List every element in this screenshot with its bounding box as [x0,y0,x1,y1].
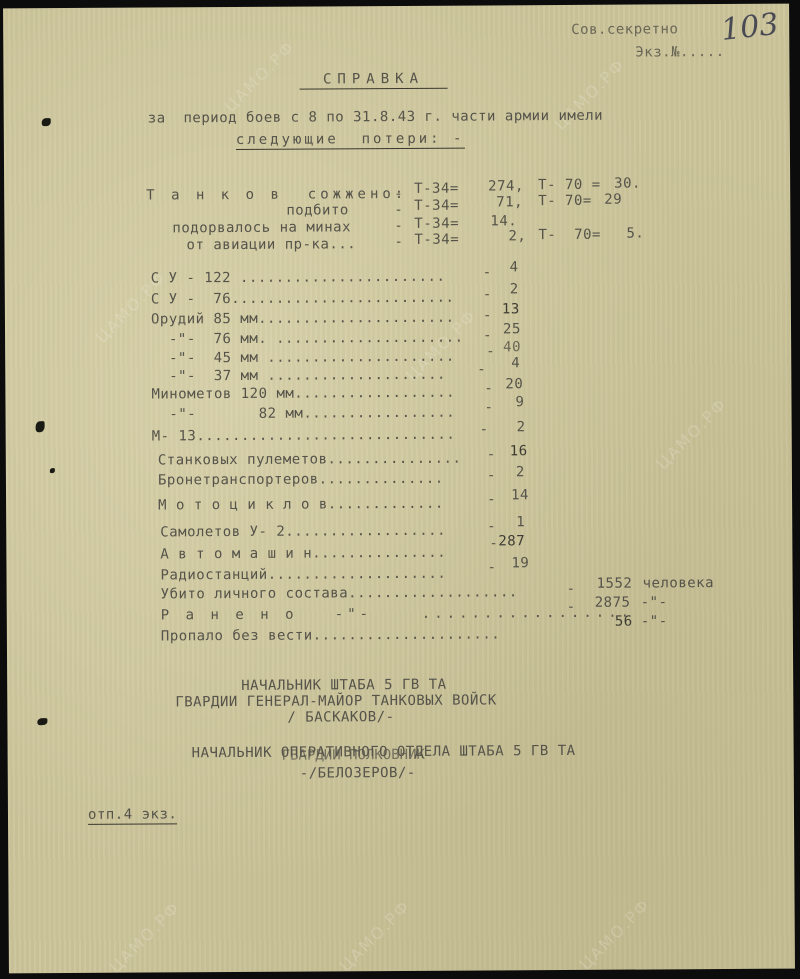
dash: - [483,308,492,322]
punch-hole [36,421,45,432]
personnel-losses-list: Убито личного состава...................… [3,4,789,9]
loss-label: С У - 122 ....................... [151,270,446,286]
loss-label: Радиостанций.................... [160,567,446,583]
loss-value: 2 [516,465,525,479]
loss-value: 16 [510,444,528,458]
t34-aviation-value: 2, [508,229,526,243]
t34-label: Т-34= [414,217,459,231]
loss-value: 287 [498,534,525,548]
classification-mark: Сов.секретно [571,22,678,37]
handwritten-page-number: 103 [719,7,780,48]
signature-name: -/БЕЛОЗЕРОВ/- [300,766,416,781]
tanks-aviation-label: от авиации пр-ка... [186,237,356,252]
loss-value: 4 [511,356,520,370]
watermark: ЦАМО.РФ [653,394,731,473]
t70-aviation-value: 5. [626,226,644,240]
loss-label: М- 13............................. [152,428,456,444]
dash: - [483,287,492,301]
dash: - [487,447,496,461]
loss-value: 2 [517,420,526,434]
loss-value: 4 [510,260,519,274]
punch-hole [42,118,51,126]
personnel-unit: человека [643,576,715,590]
equipment-losses-list: С У - 122 ....................... - 4 С … [3,4,789,9]
loss-value: 19 [511,556,529,570]
intro-line-2: следующие потери: - [236,132,465,150]
personnel-label: Р а н е н о -"- ................. [161,606,633,623]
loss-label: -"- 76 мм. ..................... [151,331,464,347]
dash: - [394,203,403,217]
signature-block-2: НАЧАЛЬНИК ОПЕРАТИВНОГО ОТДЕЛА ШТАБА 5 ГВ… [3,4,789,9]
watermark: ЦАМО.РФ [106,898,184,977]
tank-losses: Т а н к о в сожжено: - Т-34= 274, Т- 70 … [3,4,789,9]
dash: - [394,187,403,201]
document-title: СПРАВКА [299,72,447,90]
dash: - [483,265,492,279]
dash: - [483,328,492,342]
loss-label: М о т о ц и к л о в............. [158,497,444,513]
dash: - [487,492,496,506]
loss-label: -"- 37 мм .................... [151,368,446,384]
dash: - [567,600,576,614]
signature-rank: ГВАРДИИ ГЕНЕРАЛ-МАЙОР ТАНКОВЫХ ВОЙСК [175,693,497,709]
signature-title: НАЧАЛЬНИК ШТАБА 5 ГВ ТА [241,678,446,693]
personnel-unit: -"- [641,595,668,609]
signature-block-1: НАЧАЛЬНИК ШТАБА 5 ГВ ТА ГВАРДИИ ГЕНЕРАЛ-… [3,4,789,9]
dash: - [567,582,576,596]
t34-label: Т-34= [414,233,459,247]
copy-number: Экз.№..... [635,45,724,60]
personnel-value: 1552 [597,577,633,591]
watermark: ЦАМО.РФ [220,37,298,116]
dash: - [487,560,496,574]
document-page: ЦАМО.РФ ЦАМО.РФ ЦАМО.РФ ЦАМО.РФ ЦАМО.РФ … [3,4,795,974]
signature-rank-overstrike: ГВАРДИИ ПОЛКОВНИК [282,747,425,764]
t70-label: Т- 70= [538,194,592,208]
t34-label: Т-34= [414,199,459,213]
loss-value: 9 [515,395,524,409]
t70-knocked-out-value: 29 [604,193,622,207]
dash: - [486,344,495,358]
loss-value: 13 [502,302,520,316]
punch-hole [37,718,47,725]
dash: - [477,362,486,376]
loss-label: Станковых пулеметов............... [158,452,462,468]
tanks-mines-label: подорвалось на минах [172,220,351,235]
t70-label: Т- 70= [538,228,601,242]
watermark: ЦАМО.РФ [576,895,654,974]
signature-name: / БАСКАКОВ/- [287,710,394,725]
dash: - [394,235,403,249]
dash: - [484,400,493,414]
loss-label: -"- 82 мм................. [152,406,456,422]
watermark: ЦАМО.РФ [336,896,414,975]
dash: - [484,381,493,395]
personnel-label: Пропало без вести..................... [161,627,500,643]
t34-knocked-out-value: 71, [496,195,523,209]
dash: - [487,519,496,533]
loss-value: 1 [516,515,525,529]
dash: - [394,219,403,233]
loss-label: Самолетов У- 2.................. [160,524,446,540]
dash: - [480,422,489,436]
personnel-label: Убито личного состава................... [161,585,518,601]
loss-value: 20 [505,377,523,391]
loss-value: 25 [503,322,521,336]
personnel-value: 56 [615,615,633,629]
dash: - [489,536,498,550]
loss-value: 2 [510,282,519,296]
loss-value: 40 [503,340,521,354]
loss-label: А в т о м а ш и н............... [160,546,446,562]
t34-burned-value: 274, [488,179,524,193]
loss-label: Бронетранспортеров.............. [158,472,444,488]
t70-burned-value: 30. [614,177,641,191]
t70-label: Т- 70 = [538,178,601,192]
tanks-knocked-out-label: подбито [286,203,349,217]
punch-hole [50,468,55,473]
t34-mines-value: 14. [490,214,517,228]
t34-label: Т-34= [414,182,459,196]
personnel-unit: -"- [641,614,668,628]
dash: - [487,468,496,482]
loss-label: Минометов 120 мм.................. [151,386,455,402]
personnel-value: 2875 [595,596,631,610]
loss-label: -"- 45 мм ..................... [151,350,455,366]
loss-label: С У - 76......................... [151,291,455,307]
loss-label: Орудий 85 мм...................... [151,311,455,327]
copies-note: отп.4 экз. [88,807,177,825]
tanks-burned-label: Т а н к о в сожжено: [146,187,407,203]
loss-value: 14 [511,488,529,502]
intro-line-1: за период боев с 8 по 31.8.43 г. части а… [148,109,603,126]
